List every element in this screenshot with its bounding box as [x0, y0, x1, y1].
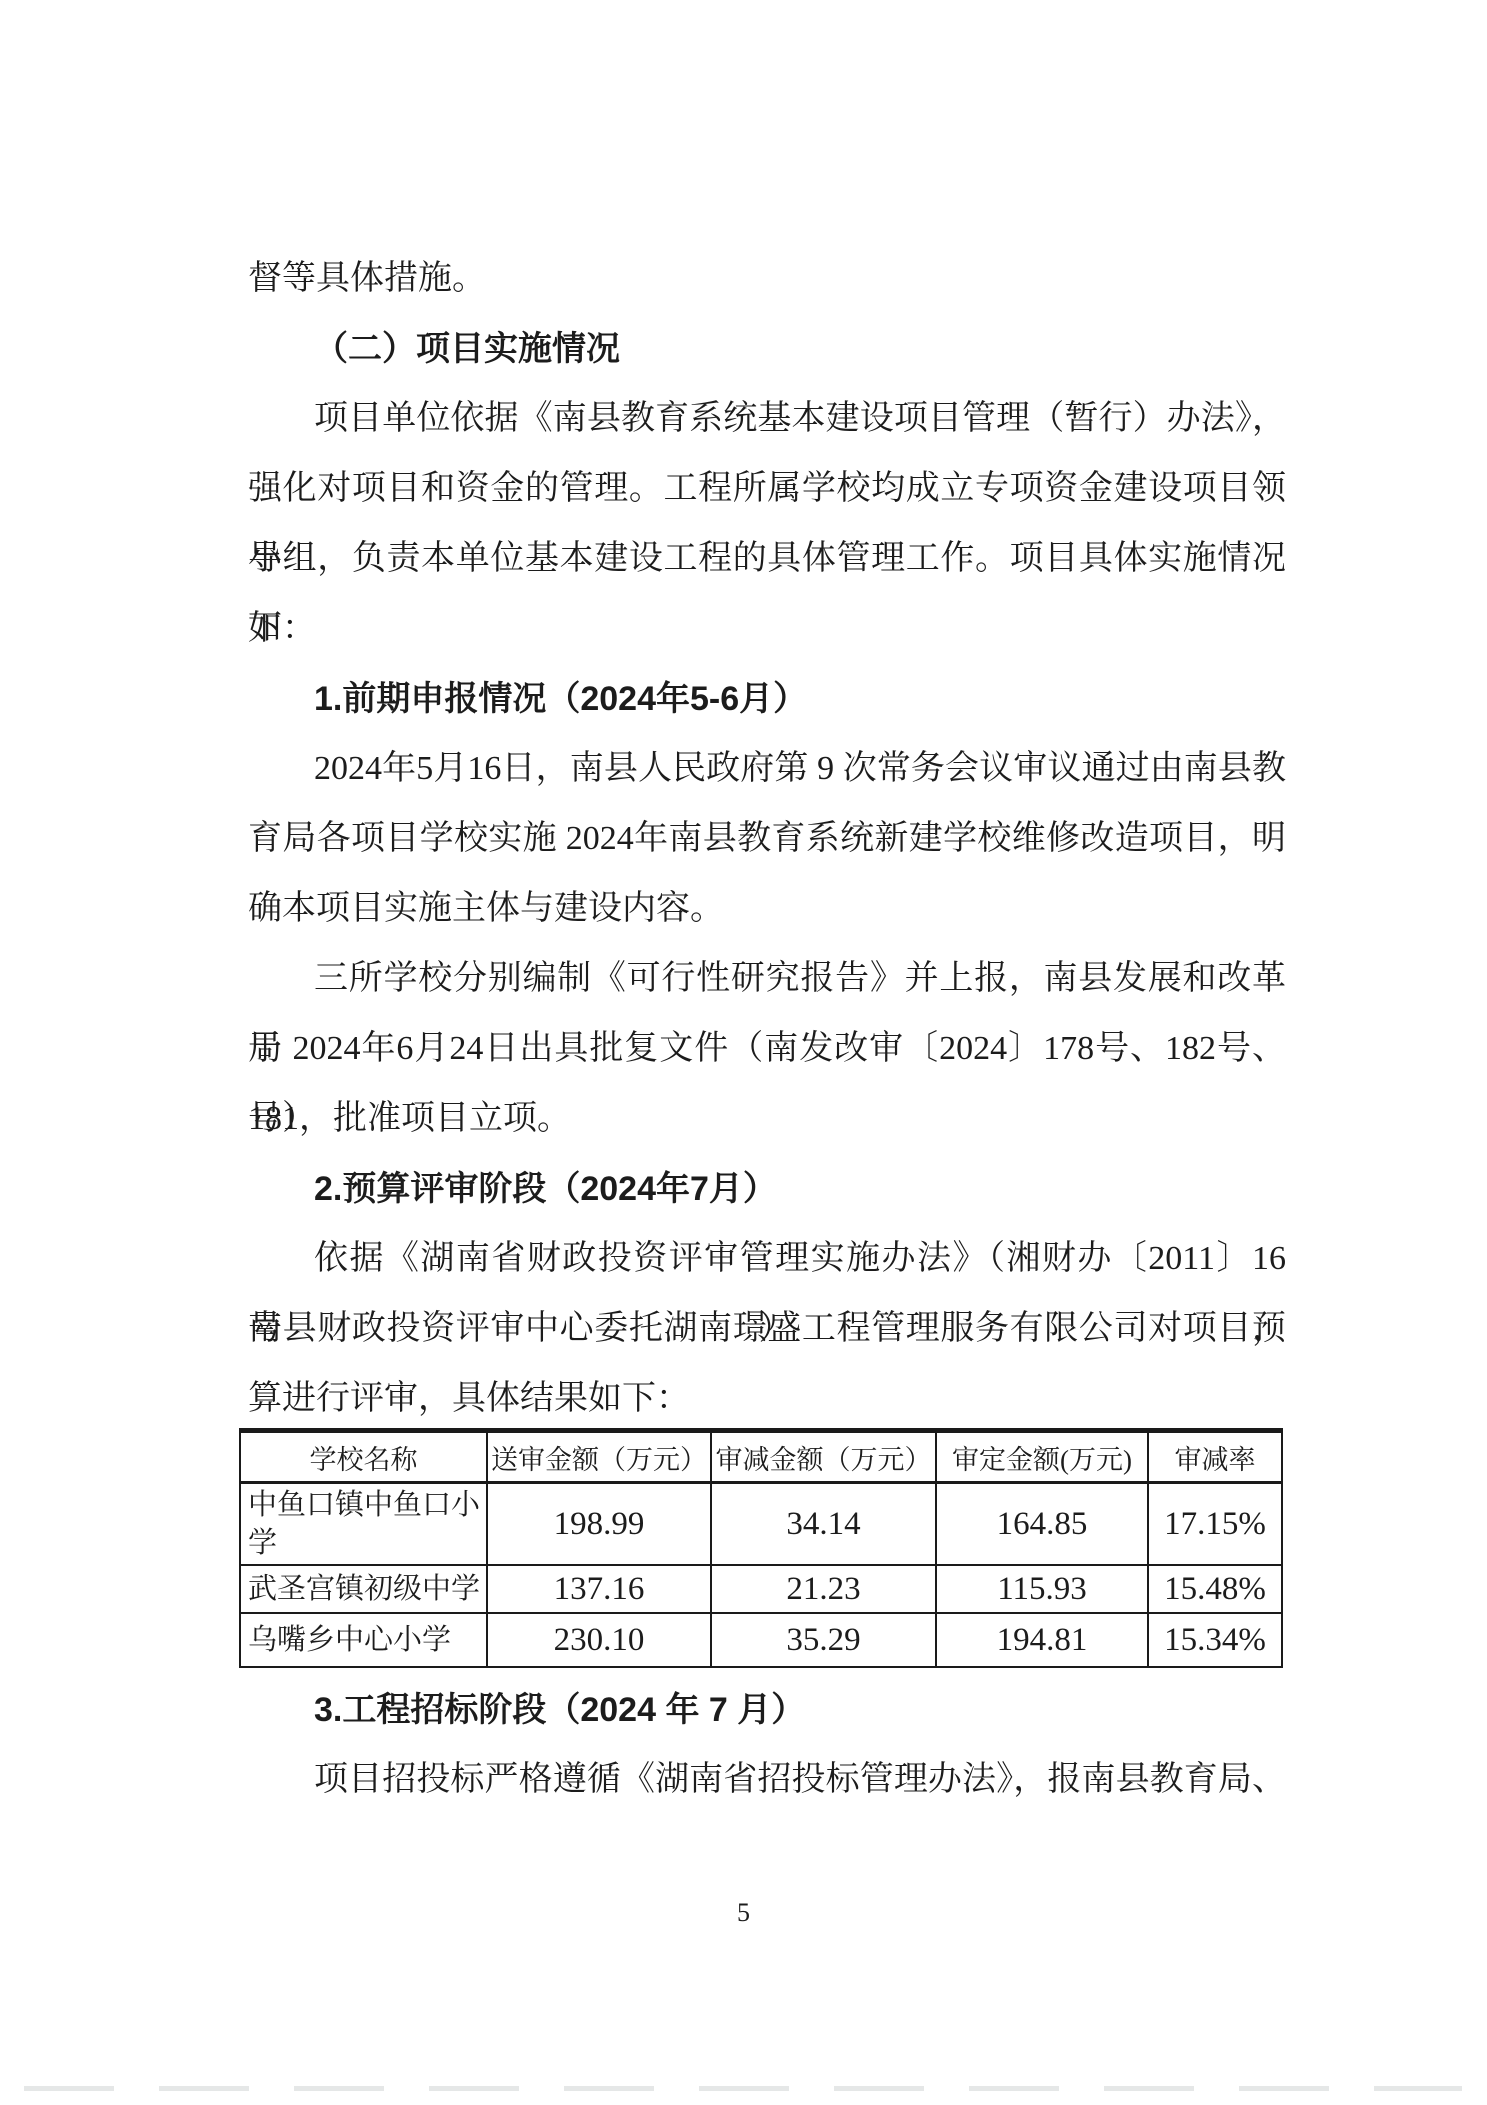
budget-review-table: 学校名称 送审金额（万元） 审减金额（万元） 审定金额(万元) 审减率 中鱼口镇… — [239, 1428, 1283, 1668]
para-line: 育局各项目学校实施 2024年南县教育系统新建学校维修改造项目，明 — [248, 804, 1286, 874]
table-header-cell-reduced: 审减金额（万元） — [711, 1431, 936, 1483]
document-page: 督等具体措施。 （二）项目实施情况 项目单位依据《南县教育系统基本建设项目管理（… — [0, 0, 1487, 2105]
section-heading: 2.预算评审阶段（2024年7月） — [248, 1154, 1286, 1224]
para-line: 南县财政投资评审中心委托湖南璟盛工程管理服务有限公司对项目预 — [248, 1294, 1286, 1364]
table-cell-reduced: 21.23 — [711, 1565, 936, 1613]
section-heading: 3.工程招标阶段（2024 年 7 月） — [248, 1675, 1286, 1745]
table-cell-submitted: 230.10 — [487, 1613, 711, 1667]
para-line: 算进行评审，具体结果如下： — [248, 1364, 1286, 1434]
para-line: 项目招投标严格遵循《湖南省招投标管理办法》，报南县教育局、 — [248, 1745, 1286, 1815]
body-text-block: 督等具体措施。 （二）项目实施情况 项目单位依据《南县教育系统基本建设项目管理（… — [248, 244, 1286, 1434]
table-cell-reduced: 34.14 — [711, 1483, 936, 1566]
para-line: 于 2024年6月24日出具批复文件（南发改审〔2024〕178号、182号、1… — [248, 1014, 1286, 1084]
para-line: 三所学校分别编制《可行性研究报告》并上报，南县发展和改革局 — [248, 944, 1286, 1014]
page-number: 5 — [737, 1898, 750, 1927]
para-line: 号），批准项目立项。 — [248, 1084, 1286, 1154]
para-line: 2024年5月16日，南县人民政府第 9 次常务会议审议通过由南县教 — [248, 734, 1286, 804]
table-cell-reduced: 35.29 — [711, 1613, 936, 1667]
para-line: 强化对项目和资金的管理。工程所属学校均成立专项资金建设项目领导 — [248, 454, 1286, 524]
para-line: 依据《湖南省财政投资评审管理实施办法》（湘财办〔2011〕16 号）， — [248, 1224, 1286, 1294]
table-row: 乌嘴乡中心小学 230.10 35.29 194.81 15.34% — [240, 1613, 1282, 1667]
table-cell-submitted: 137.16 — [487, 1565, 711, 1613]
table-cell-school: 中鱼口镇中鱼口小学 — [240, 1483, 487, 1566]
table-header-cell-school: 学校名称 — [240, 1431, 487, 1483]
table-header-cell-submitted: 送审金额（万元） — [487, 1431, 711, 1483]
table-cell-approved: 194.81 — [936, 1613, 1148, 1667]
table-cell-approved: 115.93 — [936, 1565, 1148, 1613]
section-heading: 1.前期申报情况（2024年5-6月） — [248, 664, 1286, 734]
table-cell-rate: 15.48% — [1148, 1565, 1282, 1613]
para-line: 项目单位依据《南县教育系统基本建设项目管理（暂行）办法》， — [248, 384, 1286, 454]
para-line: 小组，负责本单位基本建设工程的具体管理工作。项目具体实施情况如 — [248, 524, 1286, 594]
table-cell-submitted: 198.99 — [487, 1483, 711, 1566]
table-row: 中鱼口镇中鱼口小学 198.99 34.14 164.85 17.15% — [240, 1483, 1282, 1566]
table-header-row: 学校名称 送审金额（万元） 审减金额（万元） 审定金额(万元) 审减率 — [240, 1431, 1282, 1483]
para-line: 确本项目实施主体与建设内容。 — [248, 874, 1286, 944]
section-heading: （二）项目实施情况 — [248, 314, 1286, 384]
table-header-cell-rate: 审减率 — [1148, 1431, 1282, 1483]
table-cell-school: 武圣宫镇初级中学 — [240, 1565, 487, 1613]
table-cell-school: 乌嘴乡中心小学 — [240, 1613, 487, 1667]
table-cell-rate: 15.34% — [1148, 1613, 1282, 1667]
table-header-cell-approved: 审定金额(万元) — [936, 1431, 1148, 1483]
table-cell-rate: 17.15% — [1148, 1483, 1282, 1566]
table-row: 武圣宫镇初级中学 137.16 21.23 115.93 15.48% — [240, 1565, 1282, 1613]
para-line: 督等具体措施。 — [248, 244, 1286, 314]
page-footer: 5 — [0, 1893, 1487, 1933]
scan-edge-artifact — [24, 2086, 1462, 2091]
para-line: 下： — [248, 594, 1286, 664]
body-text-block: 3.工程招标阶段（2024 年 7 月） 项目招投标严格遵循《湖南省招投标管理办… — [248, 1675, 1286, 1815]
table-cell-approved: 164.85 — [936, 1483, 1148, 1566]
